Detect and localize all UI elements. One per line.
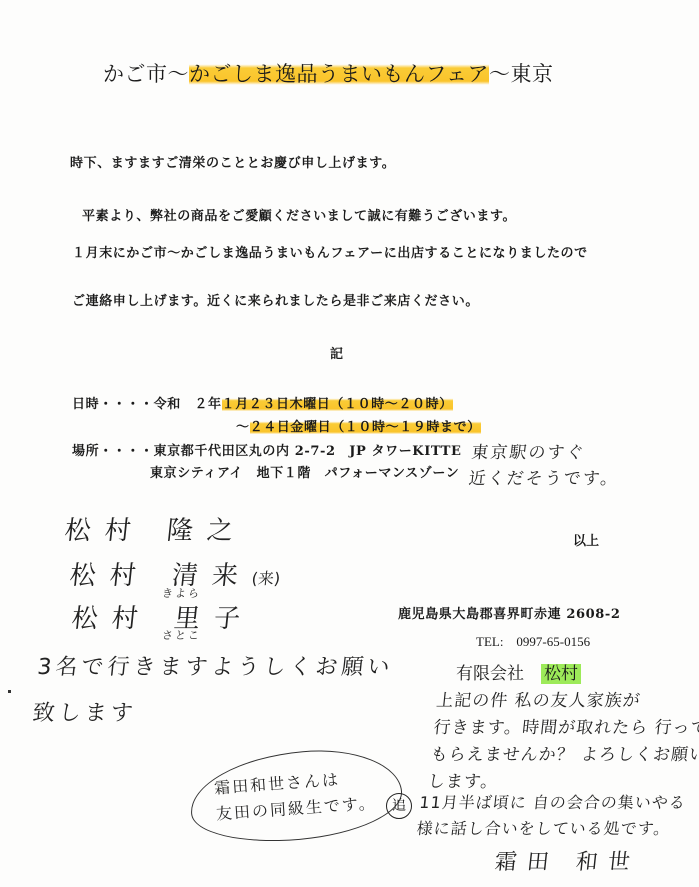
announcement-paragraph: １月末にかご市〜かごしま逸品うまいもんフェアーに出店することになりましたので [72,242,588,261]
date-range-tilde: 〜 [236,420,250,435]
handwritten-station-note: 東京駅のすぐ 近くだそうです。 [467,440,623,492]
name-2-suffix: (来) [251,569,281,588]
title-prefix: かご市〜 [103,62,189,86]
sender-tel: TEL: 0997-65-0156 [476,631,590,650]
name-2-text: 松村 清来 [68,561,253,591]
invitation-paragraph: ご連絡申し上げます。近くに来られましたら是非ご来店ください。 [72,290,479,309]
date-label: 日時・・・・令和 ２年 [72,397,222,412]
ki-heading: 記 [330,343,343,362]
handwritten-name-1: 松村 隆之 [63,510,249,547]
page-title: かご市〜かごしま逸品うまいもんフェア〜東京 [103,58,553,88]
handwritten-attendance-message: 3名で行きますようしくお願い 致します [30,645,396,737]
date-line-1: 日時・・・・令和 ２年１月２３日木曜日（１０時〜２０時） [72,393,453,412]
handwritten-friend-note: 上記の件 私の友人家族が 行きます。時間が取れたら 行って もらえませんか？ よ… [426,688,699,796]
date-highlight-1: １月２３日木曜日（１０時〜２０時） [222,397,453,412]
sender-address: 鹿児島県大島郡喜界町赤連 2608-2 [398,603,621,622]
date-line-2: 〜２４日金曜日（１０時〜１９時まで） [236,416,481,435]
name-3-reading: さとこ [161,627,202,643]
company-prefix: 有限会社 [456,664,524,684]
date-highlight-2: ２４日金曜日（１０時〜１９時まで） [250,420,481,435]
title-suffix: 〜東京 [489,62,554,86]
thanks-paragraph: 平素より、弊社の商品をご愛顧くださいまして誠に有難うございます。 [82,205,516,224]
closing-ijo: 以上 [573,530,599,549]
addendum-circle-mark: 追 [386,793,412,819]
sender-company: 有限会社 松村 [456,659,581,684]
company-name: 松村 [541,664,581,684]
greeting-paragraph: 時下、ますますご清栄のこととお慶び申し上げます。 [70,152,395,171]
place-line-1: 場所・・・・東京都千代田区丸の内 2-7-2 JP タワーKITTE [72,440,461,459]
place-line-2: 東京シティアイ 地下１階 パフォーマンスゾーン [150,462,459,481]
handwritten-signature: 霜田 和世 [493,845,641,876]
title-highlight: かごしま逸品うまいもんフェア [189,62,489,86]
handwritten-addendum: 11月半ば頃に 自の会合の集いやる 様に話し合いをしている処です。 [415,790,687,842]
stray-mark [8,690,11,693]
